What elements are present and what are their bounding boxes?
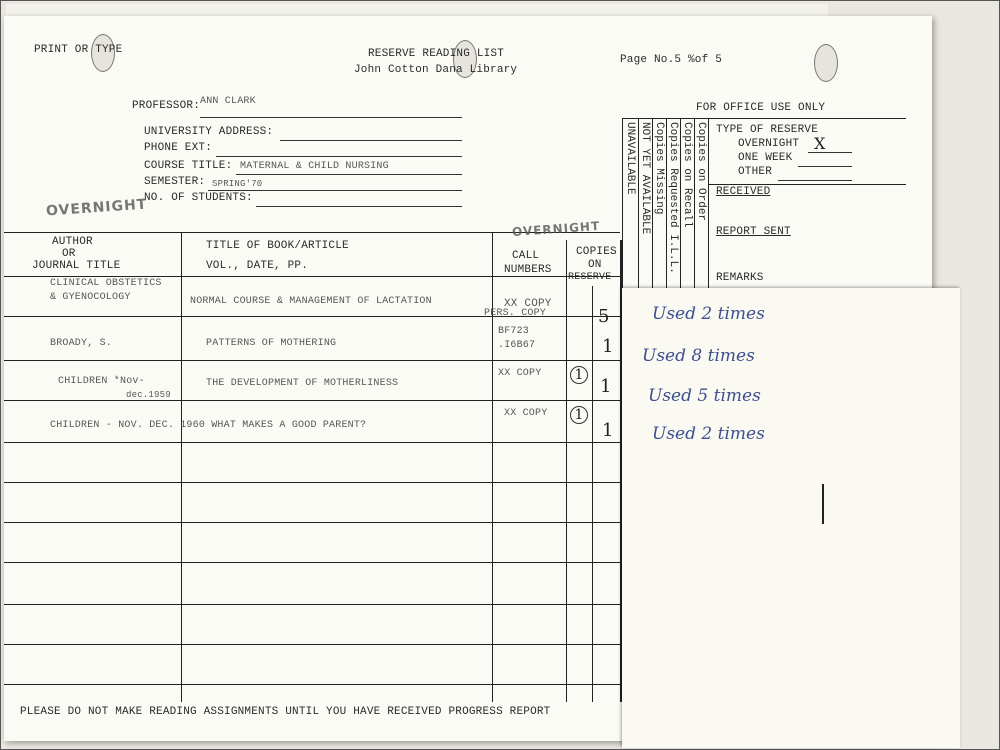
row-author-2: & GYENOCOLOGY — [50, 292, 131, 303]
course-underline — [236, 174, 462, 175]
office-use-title: FOR OFFICE USE ONLY — [696, 102, 825, 114]
title-header-1: TITLE OF BOOK/ARTICLE — [206, 240, 349, 252]
col-line — [566, 240, 567, 702]
note-line: Used 8 times — [642, 346, 755, 366]
phone-underline — [216, 156, 462, 157]
col-line — [492, 232, 493, 702]
author-header-1: AUTHOR — [52, 236, 93, 248]
professor-label: PROFESSOR: — [132, 100, 200, 112]
row-line — [4, 562, 620, 563]
copies-header-2: ON — [588, 259, 602, 271]
row-author-2: dec.1959 — [126, 390, 171, 400]
copies-header-3: RESERVE — [568, 272, 611, 283]
semester-label: SEMESTER: — [144, 176, 205, 188]
office-col-line — [622, 118, 623, 288]
note-line: Used 2 times — [652, 304, 765, 324]
row-copies: 1 — [600, 376, 611, 397]
course-title-label: COURSE TITLE: — [144, 160, 232, 172]
form-title: RESERVE READING LIST — [368, 48, 504, 60]
row-circled-mark: 1 — [570, 366, 588, 384]
pen-stroke-mark — [822, 484, 824, 524]
row-title: THE DEVELOPMENT OF MOTHERLINESS — [206, 378, 398, 389]
status-col-copies-missing: Copies Missing — [653, 122, 665, 214]
office-col-line — [708, 118, 709, 288]
overnight-label: OVERNIGHT — [738, 138, 799, 150]
row-copies: 1 — [602, 420, 613, 441]
print-or-type-label: PRINT OR TYPE — [34, 44, 122, 56]
col-line — [181, 232, 182, 702]
one-week-underline — [798, 166, 852, 167]
row-call-2: XX COPY — [504, 298, 552, 310]
university-address-label: UNIVERSITY ADDRESS: — [144, 126, 273, 138]
note-line: Used 5 times — [648, 386, 761, 406]
one-week-label: ONE WEEK — [738, 152, 792, 164]
row-call: XX COPY — [498, 368, 541, 379]
author-header-3: JOURNAL TITLE — [32, 260, 120, 272]
other-underline — [778, 180, 852, 181]
office-divider — [708, 184, 906, 185]
report-sent-label: REPORT SENT — [716, 226, 791, 238]
semester-underline — [208, 190, 462, 191]
received-label: RECEIVED — [716, 186, 770, 198]
row-copies: 5 — [598, 306, 609, 327]
status-col-copies-recall: Copies on Recall — [681, 122, 693, 228]
row-line — [4, 482, 620, 483]
row-line — [4, 276, 620, 277]
students-underline — [256, 206, 462, 207]
phone-ext-label: PHONE EXT: — [144, 142, 212, 154]
row-call-2: .I6B67 — [498, 340, 535, 351]
row-line — [4, 644, 620, 645]
row-line — [4, 684, 620, 685]
overnight-check-mark: X — [814, 134, 825, 153]
row-line — [4, 400, 620, 401]
row-author: CHILDREN *Nov- — [58, 376, 145, 387]
other-label: OTHER — [738, 166, 772, 178]
status-col-not-yet-available: NOT YET AVAILABLE — [639, 122, 651, 234]
row-copies: 1 — [602, 336, 613, 357]
professor-value: ANN CLARK — [200, 96, 256, 107]
row-author: BROADY, S. — [50, 338, 112, 349]
status-col-unavailable: UNAVAILABLE — [624, 122, 636, 195]
row-author: CHILDREN - NOV. DEC. 1960 WHAT MAKES A G… — [50, 420, 366, 431]
row-title: NORMAL COURSE & MANAGEMENT OF LACTATION — [190, 296, 432, 307]
footer-notice: PLEASE DO NOT MAKE READING ASSIGNMENTS U… — [20, 706, 550, 718]
call-header-1: CALL — [512, 250, 539, 262]
col-line — [592, 286, 593, 702]
type-of-reserve-label: TYPE OF RESERVE — [716, 124, 818, 136]
row-line — [4, 442, 620, 443]
row-call: XX COPY — [504, 408, 547, 419]
row-line — [4, 360, 620, 361]
office-top-line — [622, 118, 906, 119]
library-name: John Cotton Dana Library — [354, 64, 517, 76]
row-circled-mark: 1 — [570, 406, 588, 424]
row-line — [4, 522, 620, 523]
author-header-2: OR — [62, 248, 76, 260]
status-col-copies-order: Copies on Order — [695, 122, 707, 221]
call-header-2: NUMBERS — [504, 264, 552, 276]
title-header-2: VOL., DATE, PP. — [206, 260, 308, 272]
handwritten-note-card: Used 2 times Used 8 times Used 5 times U… — [622, 288, 960, 748]
copies-header-1: COPIES — [576, 246, 617, 258]
row-call: BF723 — [498, 326, 529, 337]
row-line — [4, 604, 620, 605]
course-title-value: MATERNAL & CHILD NURSING — [240, 161, 389, 172]
row-author: CLINICAL OBSTETICS — [50, 278, 162, 289]
remarks-label: REMARKS — [716, 272, 764, 284]
students-label: NO. OF STUDENTS: — [144, 192, 253, 204]
overnight-stamp-2: OVERNIGHT — [512, 219, 601, 239]
punch-hole — [814, 44, 838, 82]
note-line: Used 2 times — [652, 424, 765, 444]
overnight-stamp: OVERNIGHT — [46, 196, 148, 219]
row-title: PATTERNS OF MOTHERING — [206, 338, 336, 349]
status-col-copies-requested: Copies Requested I.L.L. — [667, 122, 679, 274]
professor-underline — [200, 117, 462, 118]
address-underline — [280, 140, 462, 141]
semester-value: SPRING'70 — [212, 179, 262, 189]
page-number: Page No.5 %of 5 — [620, 54, 722, 66]
